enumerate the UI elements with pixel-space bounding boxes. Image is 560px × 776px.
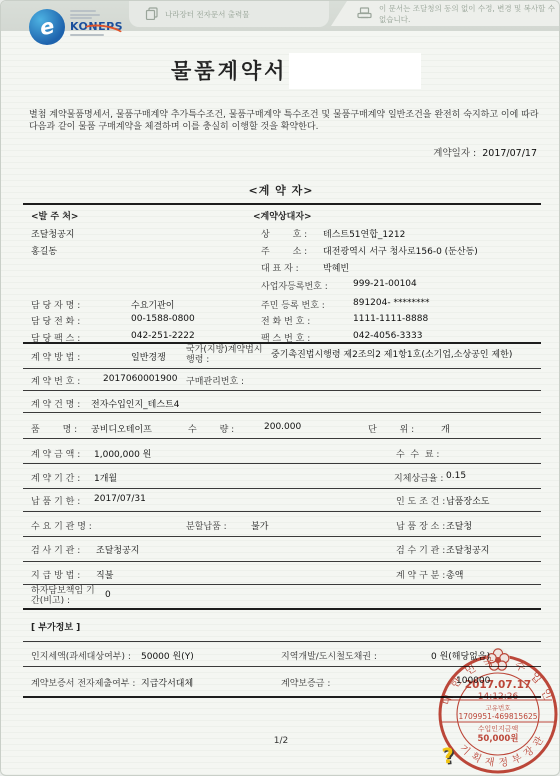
extra-info-heading: [ 부가정보 ] bbox=[31, 620, 80, 633]
delivery-place-label: 납 품 장 소 : bbox=[396, 519, 445, 532]
orderer-manager-label: 담 당 자 명 : bbox=[31, 298, 80, 311]
partial-label: 분할납품 : bbox=[186, 519, 227, 532]
contract-date-label: 계약일자 : bbox=[433, 148, 476, 159]
item-value: 공비디오테이프 bbox=[91, 422, 152, 435]
stamp-amount-value: 50,000원 bbox=[477, 733, 518, 744]
qty-value: 200.000 bbox=[264, 422, 301, 432]
period-label: 계 약 기 간 : bbox=[31, 471, 80, 484]
contractor-ceo-label: 대 표 자 : bbox=[261, 261, 299, 274]
due-date-value: 2017/07/31 bbox=[94, 494, 146, 504]
contract-name-value: 전자수입인지_테스트4 bbox=[91, 397, 179, 410]
method-value: 일반경쟁 bbox=[131, 350, 166, 363]
koneps-logo: e KONEPS bbox=[29, 9, 123, 45]
contractor-company-label: 상 호 : bbox=[261, 227, 307, 240]
delay-rate-label: 지체상금율 : bbox=[394, 471, 443, 484]
stamp-amount-label: 수입인지금액 bbox=[478, 724, 519, 733]
stamp-tax-value: 50000 원(Y) bbox=[141, 649, 194, 662]
stamp-id-value: 1709951-469815625 bbox=[458, 712, 537, 721]
rule bbox=[23, 368, 541, 369]
contracting-parties-heading: <계 약 자> bbox=[1, 182, 560, 198]
orderer-person: 홍길동 bbox=[31, 244, 57, 257]
item-label: 품 명 : bbox=[31, 422, 77, 435]
delivery-cond-value: 납품장소도 bbox=[446, 494, 489, 507]
fee-label: 수 수 료 : bbox=[396, 447, 439, 460]
contractor-phone-value: 1111-1111-8888 bbox=[353, 314, 428, 324]
contractor-residentno-value: 891204- ******** bbox=[353, 298, 429, 308]
contract-type-value: 총액 bbox=[446, 568, 463, 581]
contractor-company-value: 테스트51연합_1212 bbox=[323, 227, 405, 240]
contractor-fax-label: 팩 스 번 호 : bbox=[261, 331, 310, 344]
rule bbox=[23, 584, 541, 585]
contractor-address-value: 대전광역시 서구 청사로156-0 (둔산동) bbox=[323, 244, 478, 257]
qty-label: 수 량 : bbox=[188, 422, 234, 435]
demand-org-label: 수 요 기 관 명 : bbox=[31, 519, 92, 532]
title-highlight bbox=[289, 53, 421, 89]
amount-value: 1,000,000 원 bbox=[94, 447, 151, 460]
contractor-bizno-value: 999-21-00104 bbox=[353, 279, 417, 289]
delivery-place-value: 조달청 bbox=[446, 519, 472, 532]
delivery-cond-label: 인 도 조 건 : bbox=[396, 494, 445, 507]
inspect-org-value: 조달청공지 bbox=[96, 543, 139, 556]
orderer-fax-label: 담 당 팩 스 : bbox=[31, 331, 80, 344]
warranty-value: 0 bbox=[105, 590, 111, 600]
bond-label: 지역개발/도시철도채권 : bbox=[281, 649, 377, 662]
orderer-heading: <발 주 처> bbox=[31, 209, 78, 222]
orderer-fax-value: 042-251-2222 bbox=[131, 331, 195, 341]
delay-rate-value: 0.15 bbox=[446, 471, 466, 481]
contract-type-label: 계 약 구 분 : bbox=[396, 568, 445, 581]
pay-method-value: 직불 bbox=[96, 568, 113, 581]
rule bbox=[23, 412, 541, 413]
contract-intro-paragraph: 별첨 계약물품명세서, 물품구매계약 추가특수조건, 물품구매계약 특수조건 및… bbox=[29, 110, 539, 133]
period-value: 1개월 bbox=[94, 471, 117, 484]
contract-no-value: 2017060001900 bbox=[103, 374, 177, 384]
rule bbox=[23, 463, 541, 464]
contract-date-value: 2017/07/17 bbox=[482, 148, 537, 159]
contractor-phone-label: 전 화 번 호 : bbox=[261, 314, 310, 327]
guarantee-doc-value: 지급각서대체 bbox=[141, 676, 193, 689]
partial-value: 불가 bbox=[251, 519, 268, 532]
copyright-notice-tab[interactable]: 이 문서는 조달청의 동의 없이 수정, 변경 및 복사할 수 없습니다. bbox=[331, 1, 560, 26]
contract-date: 계약일자 :2017/07/17 bbox=[433, 145, 537, 159]
orderer-org: 조달청공지 bbox=[31, 227, 74, 240]
rule bbox=[23, 536, 541, 537]
law-label: 국가(지방)계약법시행령 : bbox=[186, 345, 266, 365]
stamp-date: 2017.07.17 bbox=[465, 679, 531, 691]
accept-org-value: 조달청공지 bbox=[446, 543, 489, 556]
contractor-bizno-label: 사업자등록번호 : bbox=[261, 279, 328, 292]
stamp-time: 14:12:26 bbox=[478, 692, 519, 702]
rule bbox=[23, 390, 541, 391]
contract-document-page: 나라장터 전자문서 출력물 이 문서는 조달청의 동의 없이 수정, 변경 및 … bbox=[0, 0, 560, 776]
orderer-manager-value: 수요기관이 bbox=[131, 298, 174, 311]
method-label: 계 약 방 법 : bbox=[31, 350, 80, 363]
logo-tagline-bar bbox=[70, 10, 96, 12]
pay-method-label: 지 급 방 법 : bbox=[31, 568, 80, 581]
unit-label: 단 위 : bbox=[368, 422, 414, 435]
unit-value: 개 bbox=[441, 422, 450, 435]
guarantee-amt-label: 계약보증금 : bbox=[281, 676, 330, 689]
rule bbox=[23, 641, 541, 642]
orderer-phone-label: 담 당 전 화 : bbox=[31, 314, 80, 327]
inspect-org-label: 검 사 기 관 : bbox=[31, 543, 80, 556]
purchase-no-label: 구매관리번호 : bbox=[186, 374, 244, 387]
copy-icon bbox=[145, 7, 158, 22]
contract-table: <발 주 처> 조달청공지 홍길동 담 당 자 명 : 수요기관이 담 당 전 … bbox=[23, 201, 541, 706]
print-source-tab[interactable]: 나라장터 전자문서 출력물 bbox=[129, 1, 329, 27]
print-source-label: 나라장터 전자문서 출력물 bbox=[165, 9, 249, 20]
contractor-fax-value: 042-4056-3333 bbox=[353, 331, 422, 341]
rule bbox=[23, 561, 541, 562]
koneps-logo-globe-icon: e bbox=[29, 9, 65, 45]
orderer-phone-value: 00-1588-0800 bbox=[131, 314, 195, 324]
logo-tagline-bar bbox=[70, 14, 100, 16]
rule bbox=[23, 608, 541, 610]
contractor-address-label: 주 소 : bbox=[261, 244, 307, 257]
copyright-notice-label: 이 문서는 조달청의 동의 없이 수정, 변경 및 복사할 수 없습니다. bbox=[379, 3, 560, 25]
contract-name-label: 계 약 건 명 : bbox=[31, 397, 80, 410]
help-question-icon[interactable]: ? bbox=[441, 743, 456, 768]
rule bbox=[23, 203, 541, 205]
rule bbox=[23, 488, 541, 489]
contract-no-label: 계 약 번 호 : bbox=[31, 374, 80, 387]
document-title: 물품계약서 bbox=[171, 55, 287, 85]
printer-icon bbox=[357, 7, 372, 21]
accept-org-label: 검 수 기 관 : bbox=[396, 543, 445, 556]
due-date-label: 납 품 기 한 : bbox=[31, 494, 80, 507]
rule bbox=[23, 511, 541, 512]
amount-label: 계 약 금 액 : bbox=[31, 447, 80, 460]
logo-tagline-bar bbox=[70, 17, 92, 19]
contractor-heading: <계약상대자> bbox=[253, 209, 312, 222]
stamp-id-label: 고유번호 bbox=[485, 703, 511, 712]
guarantee-doc-label: 계약보증서 전자제출여부 : bbox=[31, 676, 135, 689]
contractor-residentno-label: 주민 등록 번호 : bbox=[261, 298, 325, 311]
stamp-tax-label: 인지세액(과세대상여부) : bbox=[31, 649, 131, 662]
rule bbox=[23, 438, 541, 439]
warranty-label: 하자담보책임 기간(비고) : bbox=[31, 586, 101, 606]
contractor-ceo-value: 박혜빈 bbox=[323, 261, 349, 274]
law-value: 중기촉진법시행령 제2조의2 제1항1호(소기업,소상공인 제한) bbox=[271, 350, 539, 360]
